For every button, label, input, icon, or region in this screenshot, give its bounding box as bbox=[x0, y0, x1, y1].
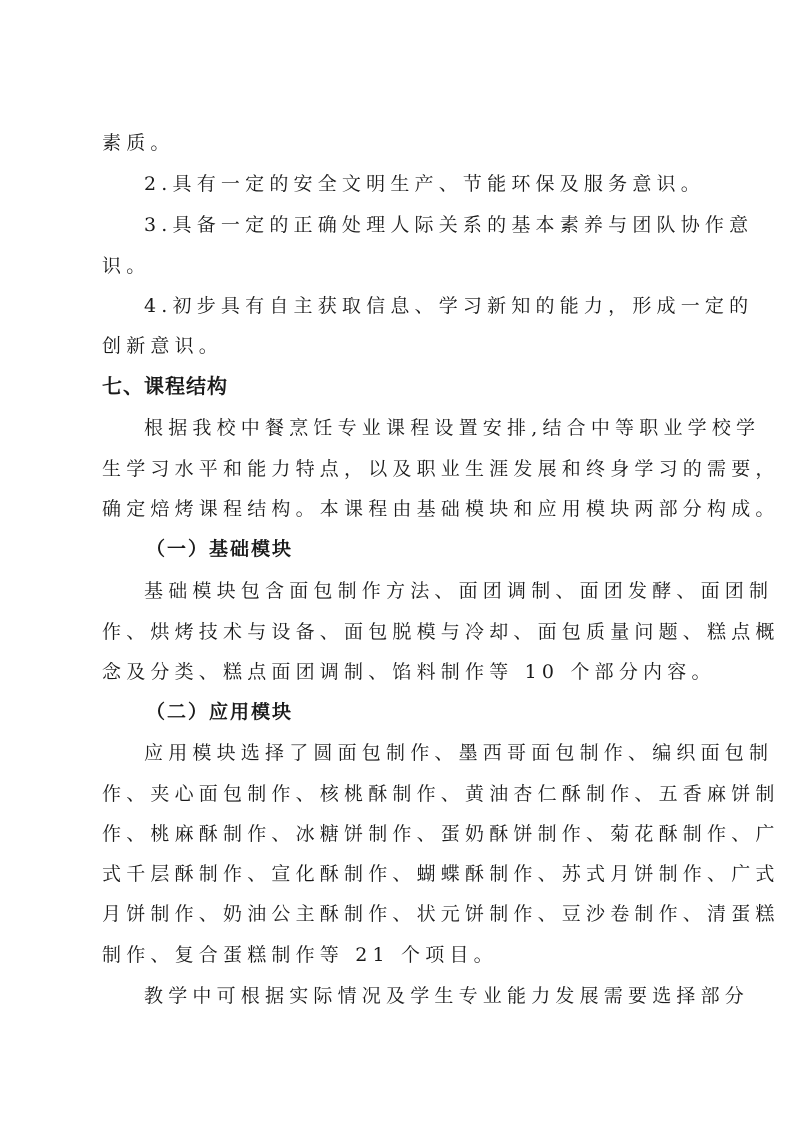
paragraph-line: 月饼制作、奶油公主酥制作、状元饼制作、豆沙卷制作、清蛋糕 bbox=[102, 902, 780, 926]
section-heading: 七、课程结构 bbox=[102, 374, 228, 398]
paragraph-line: 应用模块选择了圆面包制作、墨西哥面包制作、编织面包制 bbox=[144, 741, 773, 765]
paragraph-line: 作、夹心面包制作、核桃酥制作、黄油杏仁酥制作、五香麻饼制 bbox=[102, 782, 780, 806]
paragraph-line: 作、桃麻酥制作、冰糖饼制作、蛋奶酥饼制作、菊花酥制作、广 bbox=[102, 822, 780, 846]
subsection-heading-basic: （一）基础模块 bbox=[146, 537, 293, 561]
list-item-3: 3.具备一定的正确处理人际关系的基本素养与团队协作意 bbox=[144, 213, 753, 237]
paragraph-line: 念及分类、糕点面团调制、馅料制作等 10 个部分内容。 bbox=[102, 660, 716, 684]
paragraph-line: 教学中可根据实际情况及学生专业能力发展需要选择部分 bbox=[144, 984, 749, 1008]
text-line: 素质。 bbox=[102, 131, 175, 155]
list-item-2: 2.具有一定的安全文明生产、节能环保及服务意识。 bbox=[144, 172, 705, 196]
paragraph-line: 根据我校中餐烹饪专业课程设置安排,结合中等职业学校学 bbox=[144, 416, 760, 440]
paragraph-line: 制作、复合蛋糕制作等 21 个项目。 bbox=[102, 943, 498, 967]
subsection-heading-application: （二）应用模块 bbox=[146, 700, 293, 724]
paragraph-line: 基础模块包含面包制作方法、面团调制、面团发酵、面团制 bbox=[144, 579, 773, 603]
list-item-4: 4.初步具有自主获取信息、学习新知的能力，形成一定的 bbox=[144, 294, 753, 318]
paragraph-line: 确定焙烤课程结构。本课程由基础模块和应用模块两部分构成。 bbox=[102, 497, 780, 521]
text-line: 创新意识。 bbox=[102, 334, 223, 358]
paragraph-line: 作、烘烤技术与设备、面包脱模与冷却、面包质量问题、糕点概 bbox=[102, 620, 780, 644]
document-page: 素质。 2.具有一定的安全文明生产、节能环保及服务意识。 3.具备一定的正确处理… bbox=[0, 0, 793, 1122]
text-line: 识。 bbox=[102, 254, 150, 278]
paragraph-line: 式千层酥制作、宣化酥制作、蝴蝶酥制作、苏式月饼制作、广式 bbox=[102, 862, 780, 886]
paragraph-line: 生学习水平和能力特点，以及职业生涯发展和终身学习的需要， bbox=[102, 457, 780, 481]
